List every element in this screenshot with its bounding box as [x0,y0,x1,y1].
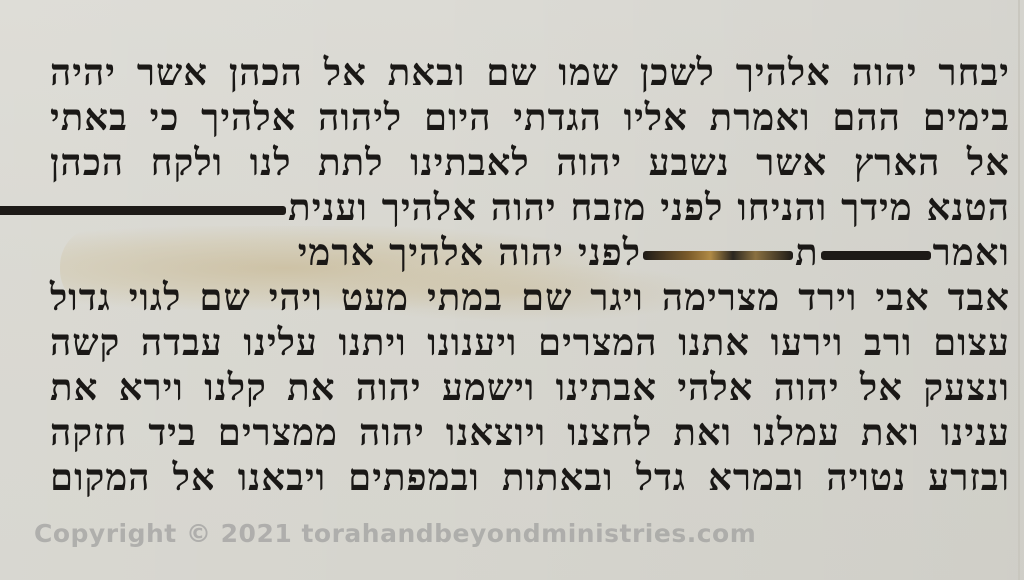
text-line-5-rest: יהוה אלהיך ארמי [298,230,564,274]
text-line-7: עצום ורב וירעו אתנו המצרים ויענונו ויתנו… [50,320,1010,365]
text-line-8: ונצעק אל יהוה אלהי אבתינו וישמע יהוה את … [50,365,1010,410]
text-line-4-end: ית [288,185,322,229]
torah-text-column: יבחר יהוה אלהיך לשכן שמו שם ובאת אל הכהן… [50,50,1010,500]
text-line-1: יבחר יהוה אלהיך לשכן שמו שם ובאת אל הכהן… [50,50,1010,95]
text-line-5-mid: ת [795,230,819,274]
stretched-letter-stroke-gilded [643,251,793,260]
copyright-watermark: Copyright © 2021 torahandbeyondministrie… [34,519,756,548]
text-line-6: אבד אבי וירד מצרימה ויגר שם במתי מעט ויה… [50,275,1010,320]
text-line-10: ובזרע נטויה ובמרא גדל ובאתות ובמפתים ויב… [50,455,1010,500]
text-line-5: ואמרתלפני יהוה אלהיך ארמי [50,230,1010,275]
text-line-9: ענינו ואת עמלנו ואת לחצנו ויוצאנו יהוה מ… [50,410,1010,455]
stretched-letter-stroke [821,251,931,260]
text-line-3: אל הארץ אשר נשבע יהוה לאבתינו לתת לנו ול… [50,140,1010,185]
stretched-letter-stroke [0,206,286,215]
text-line-4-main: הטנא מידך והניחו לפני מזבח יהוה אלהיך וע… [322,185,1010,229]
text-line-2: בימים ההם ואמרת אליו הגדתי היום ליהוה אל… [50,95,1010,140]
text-line-4: הטנא מידך והניחו לפני מזבח יהוה אלהיך וע… [50,185,1010,230]
text-line-5-lfay: לפני [578,230,641,274]
scroll-edge [1018,0,1020,580]
text-line-5-start: ואמר [933,230,1010,274]
